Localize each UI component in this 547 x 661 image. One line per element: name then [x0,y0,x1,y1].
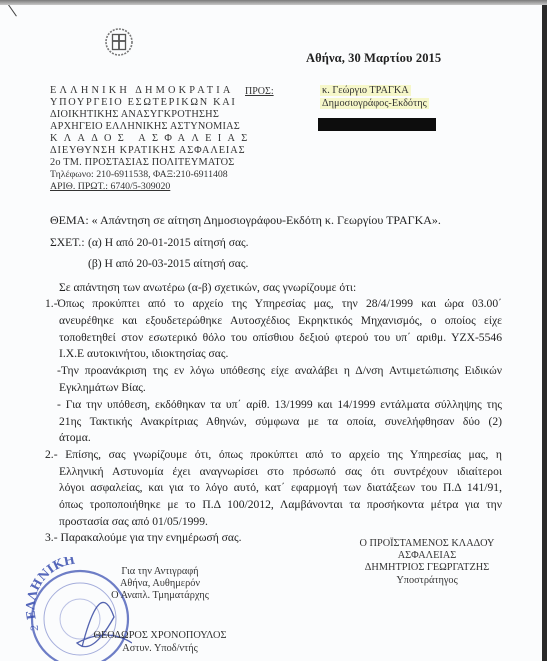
header-line: ΔΙΟΙΚΗΤΙΚΗΣ ΑΝΑΣΥΓΚΡΟΤΗΣΗΣ [50,109,219,120]
header-line: 2ο ΤΜ. ΠΡΟΣΤΑΣΙΑΣ ΠΟΛΙΤΕΥΜΑΤΟΣ [50,157,234,168]
signatory-rank: Υποστράτηγος [317,575,537,586]
reference-b: (β) Η από 20-03-2015 αίτησή σας. [88,257,248,270]
paragraph-line: 3.- Παρακαλούμε για την ενημέρωσή σας. [45,531,242,544]
recipient-label: ΠΡΟΣ: [245,86,274,97]
header-line: ΑΡΧΗΓΕΙΟ ΕΛΛΗΝΙΚΗΣ ΑΣΤΥΝΟΜΙΑΣ [50,121,240,132]
greek-coat-of-arms-icon [104,27,134,57]
paragraph-line: άτομα. [59,431,91,444]
recipient-title: Δημοσιογράφος-Εκδότης [320,98,429,109]
copy-certification-label: Για την Αντιγραφή [60,566,260,577]
header-line: ΕΛΛΗΝΙΚΗ ΔΗΜΟΚΡΑΤΙΑ [50,85,234,96]
paragraph-line: Ελληνική Αστυνομία έχει αναγνωρίσει στο … [59,465,502,478]
corner-mark [8,5,17,16]
document-page: Αθήνα, 30 Μαρτίου 2015 ΕΛΛΗΝΙΚΗ ΔΗΜΟΚΡΑΤ… [0,5,542,661]
paragraph-line: Εγκλημάτων Βίας. [59,381,146,394]
paragraph-line: -Την προανάκριση της εν λόγω υπόθεσης εί… [57,364,502,377]
signatory-name: ΔΗΜΗΤΡΙΟΣ ΓΕΩΡΓΑΤΖΗΣ [317,562,537,573]
paragraph-line: 2.- Επίσης, σας γνωρίζουμε ότι, όπως προ… [45,448,502,461]
paragraph-line: όπως τροποποιήθηκε με το Π.Δ 100/2012, Λ… [59,498,502,511]
header-line: ΥΠΟΥΡΓΕΙΟ ΕΣΩΤΕΡΙΚΩΝ ΚΑΙ [50,97,237,108]
copy-signatory-rank: Αστυν. Υποδ/ντής [60,643,260,654]
paragraph-line: 21ης Τακτικής Ανακρίτριας Αθηνών, σύμφων… [59,415,502,428]
paragraph-line: ανευρέθηκε και εξουδετερώθηκε Αυτοσχέδιο… [59,314,502,327]
recipient-name: κ. Γεώργιο ΤΡΑΓΚΑ [320,85,411,96]
signatory-department: ΑΣΦΑΛΕΙΑΣ [317,550,537,561]
protocol-number: ΑΡΙΘ. ΠΡΩΤ.: 6740/5-309020 [50,181,170,192]
paragraph-line: προστασία σας από 01/05/1999. [59,515,208,528]
intro-text: Σε απάντηση των ανωτέρω (α-β) σχετικών, … [59,281,356,294]
paragraph-line: Ι.Χ.Ε αυτοκινήτου, ιδιοκτησίας σας. [59,347,228,360]
redacted-address [318,118,436,131]
svg-text:2: 2 [30,625,41,631]
paragraph-line: τοποθετηθεί στον εσωτερικό θόλο του οπίσ… [59,331,502,344]
copy-signatory-name: ΘΕΟΔΩΡΟΣ ΧΡΟΝΟΠΟΥΛΟΣ [60,630,260,641]
header-line: ΚΛΑΔΟΣ ΑΣΦΑΛΕΙΑΣ [50,133,254,144]
paragraph-line: - Για την υπόθεση, εκδόθηκαν τα υπ΄ αρίθ… [57,398,502,411]
subject-line: ΘΕΜΑ: « Απάντηση σε αίτηση Δημοσιογράφου… [50,213,441,228]
document-date: Αθήνα, 30 Μαρτίου 2015 [306,51,441,66]
contact-phone-fax: Τηλέφωνο: 210-6911538, ΦΑΞ:210-6911408 [50,169,228,180]
reference-label: ΣΧΕΤ.: [50,236,85,249]
signatory-role: Ο ΠΡΟΪΣΤΑΜΕΝΟΣ ΚΛΑΔΟΥ [317,538,537,549]
paragraph-line: λόγοι ασφαλείας, και για το λόγο αυτό, κ… [59,481,502,494]
copy-location-date: Αθήνα, Αυθημερόν [60,578,260,589]
paragraph-line: 1.-Όπως προκύπτει από το αρχείο της Υπηρ… [45,297,502,310]
header-line: ΔΙΕΥΘΥΝΣΗ ΚΡΑΤΙΚΗΣ ΑΣΦΑΛΕΙΑΣ [50,145,246,156]
reference-a: (α) Η από 20-01-2015 αίτησή σας. [88,236,249,249]
copy-signatory-role: Ο Αναπλ. Τμηματάρχης [60,590,260,601]
